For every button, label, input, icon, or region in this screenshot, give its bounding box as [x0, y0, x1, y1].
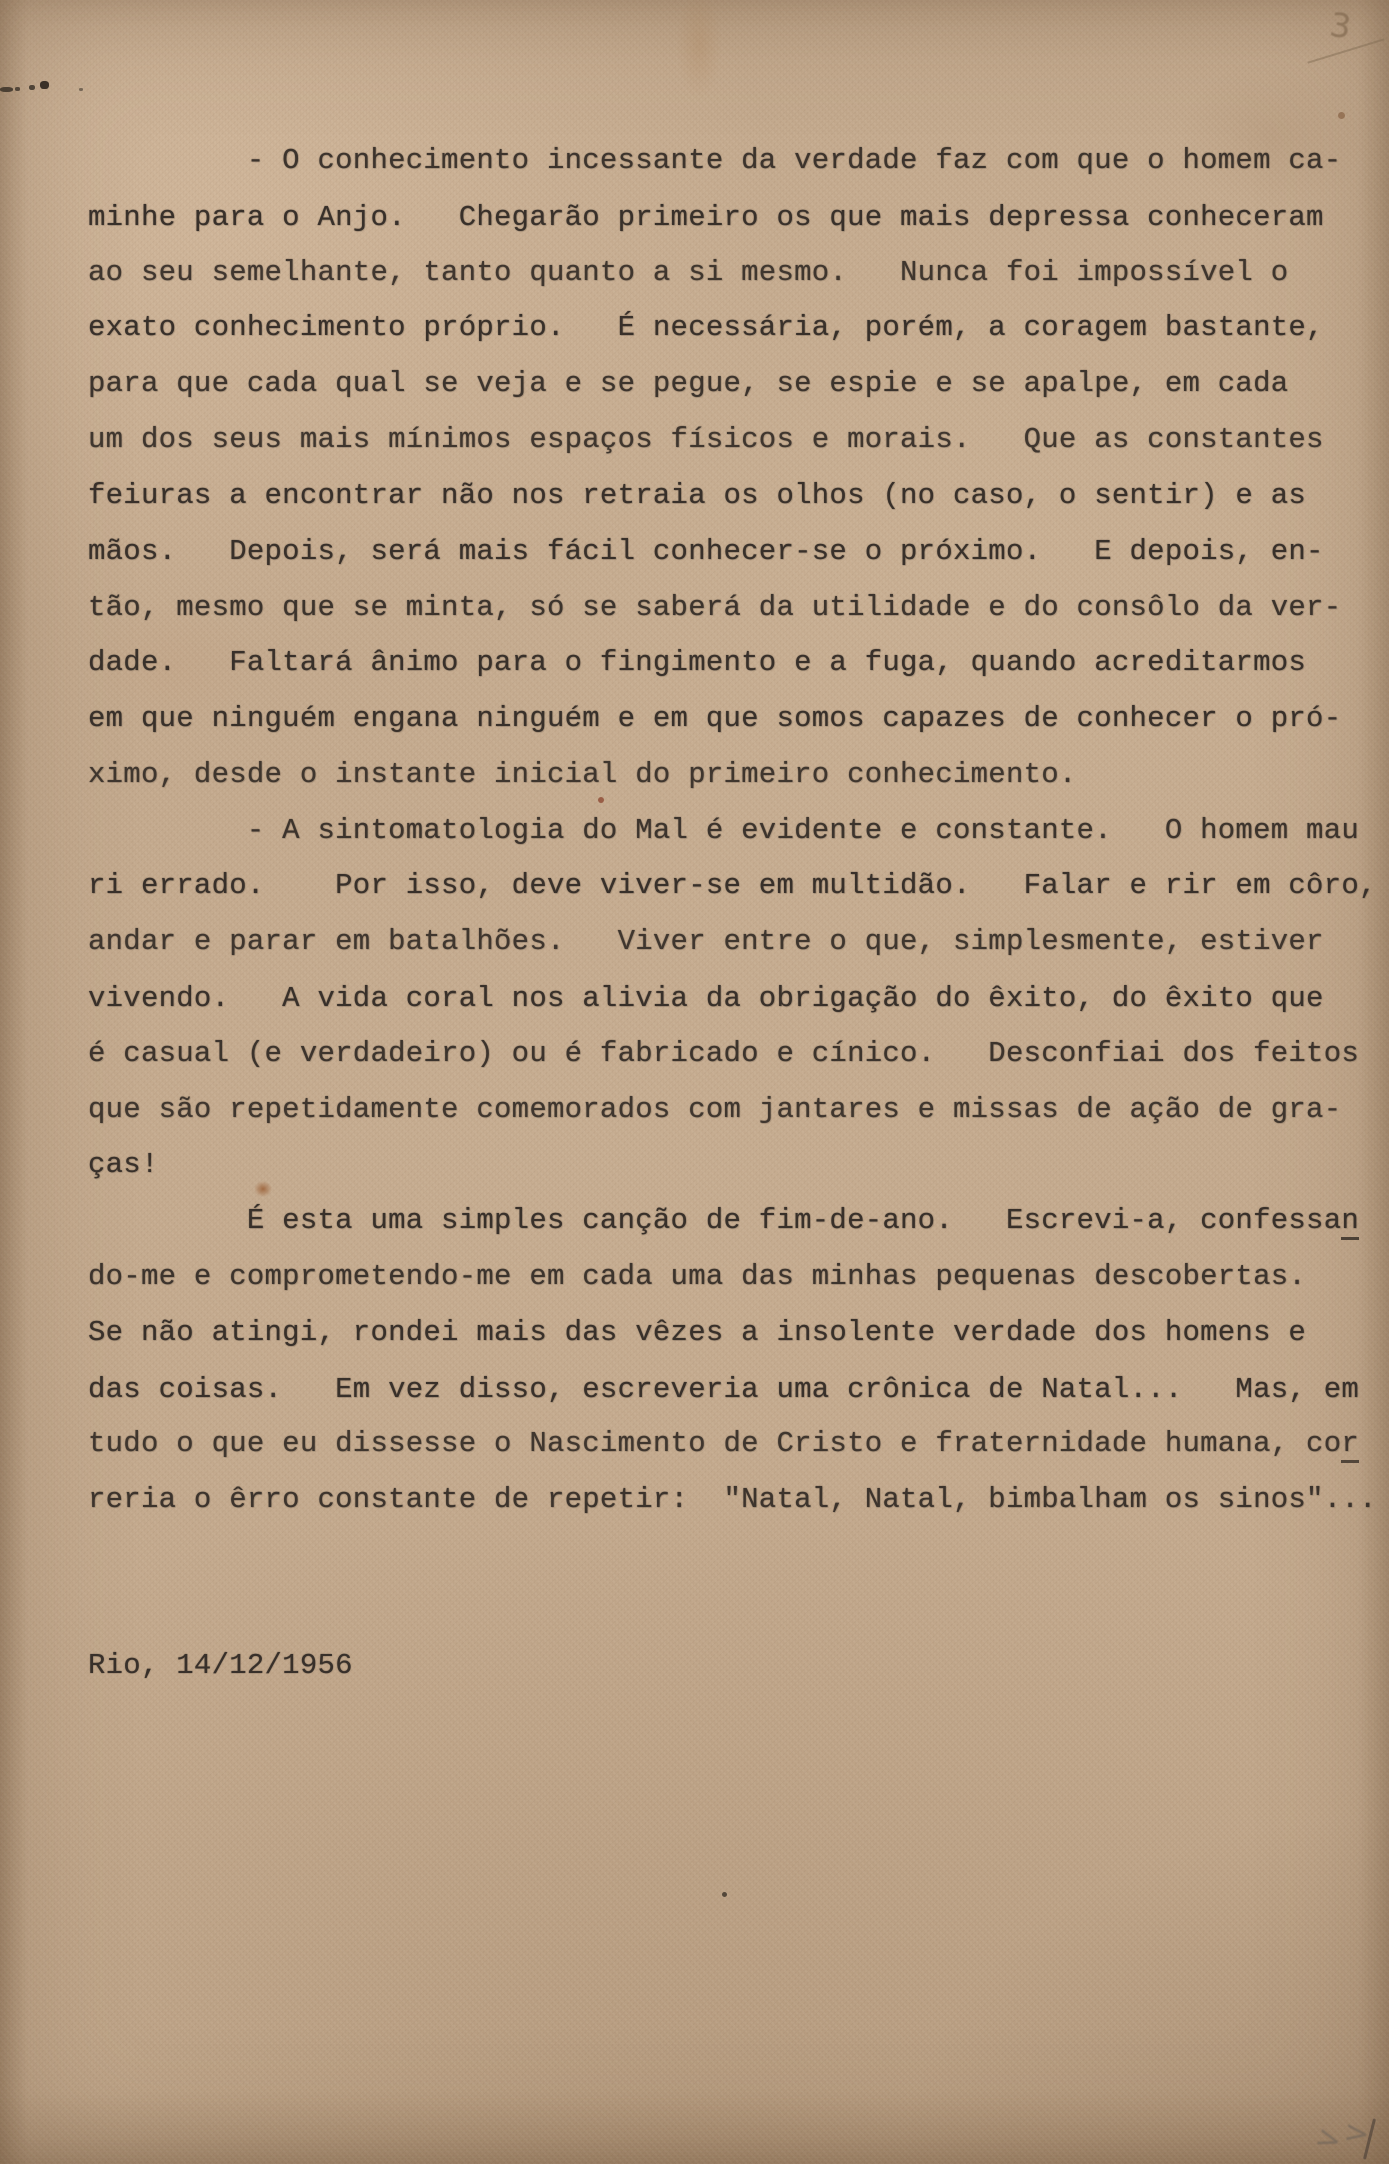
- ink-speck: [15, 87, 20, 91]
- text-line: tão, mesmo que se minta, só se saberá da…: [88, 580, 1377, 636]
- underlined-character: n: [1341, 1204, 1359, 1240]
- ink-speck: [79, 88, 83, 91]
- text-line: - O conhecimento incessante da verdade f…: [88, 133, 1377, 189]
- ink-speck: [29, 85, 35, 90]
- text-line: tudo o que eu dissesse o Nascimento de C…: [88, 1416, 1377, 1472]
- document-text: - O conhecimento incessante da verdade f…: [88, 133, 1377, 1528]
- ink-speck: [0, 87, 13, 92]
- dateline: Rio, 14/12/1956: [88, 1638, 353, 1694]
- text-line: para que cada qual se veja e se pegue, s…: [88, 356, 1377, 412]
- text-line: É esta uma simples canção de fim-de-ano.…: [88, 1193, 1377, 1249]
- text-line: dade. Faltará ânimo para o fingimento e …: [88, 635, 1377, 691]
- text-line: é casual (e verdadeiro) ou é fabricado e…: [88, 1026, 1377, 1082]
- text-line: ao seu semelhante, tanto quanto a si mes…: [88, 245, 1377, 301]
- pencil-scribble: [1363, 2118, 1376, 2159]
- text-line: Se não atingi, rondei mais das vêzes a i…: [88, 1305, 1377, 1361]
- ink-speck: [722, 1892, 727, 1897]
- pencil-scribble: >: [1311, 2119, 1346, 2160]
- text-line: - A sintomatologia do Mal é evidente e c…: [88, 803, 1377, 859]
- text-line: feiuras a encontrar não nos retraia os o…: [88, 468, 1377, 524]
- text-line: que são repetidamente comemorados com ja…: [88, 1082, 1377, 1138]
- typewritten-page: 3 > > - O conhecimento incessante da ver…: [0, 0, 1389, 2164]
- text-line: minhe para o Anjo. Chegarão primeiro os …: [88, 190, 1377, 246]
- text-line: andar e parar em batalhões. Viver entre …: [88, 914, 1377, 970]
- ink-speck: [1338, 112, 1345, 119]
- pencil-page-number: 3: [1327, 5, 1354, 47]
- text-line: exato conhecimento próprio. É necessária…: [88, 300, 1377, 356]
- text-line: mãos. Depois, será mais fácil conhecer-s…: [88, 524, 1377, 580]
- text-line: ri errado. Por isso, deve viver-se em mu…: [88, 858, 1377, 914]
- ink-speck: [40, 81, 49, 89]
- text-line: ximo, desde o instante inicial do primei…: [88, 747, 1377, 803]
- text-line: das coisas. Em vez disso, escreveria uma…: [88, 1362, 1377, 1418]
- text-line: vivendo. A vida coral nos alivia da obri…: [88, 971, 1377, 1027]
- underlined-character: r: [1341, 1427, 1359, 1463]
- paper-stain: [676, 0, 722, 100]
- text-line: um dos seus mais mínimos espaços físicos…: [88, 412, 1377, 468]
- text-line: ças!: [88, 1137, 1377, 1193]
- text-line: em que ninguém engana ninguém e em que s…: [88, 691, 1377, 747]
- text-line: do-me e comprometendo-me em cada uma das…: [88, 1249, 1377, 1305]
- text-line: reria o êrro constante de repetir: "Nata…: [88, 1472, 1377, 1528]
